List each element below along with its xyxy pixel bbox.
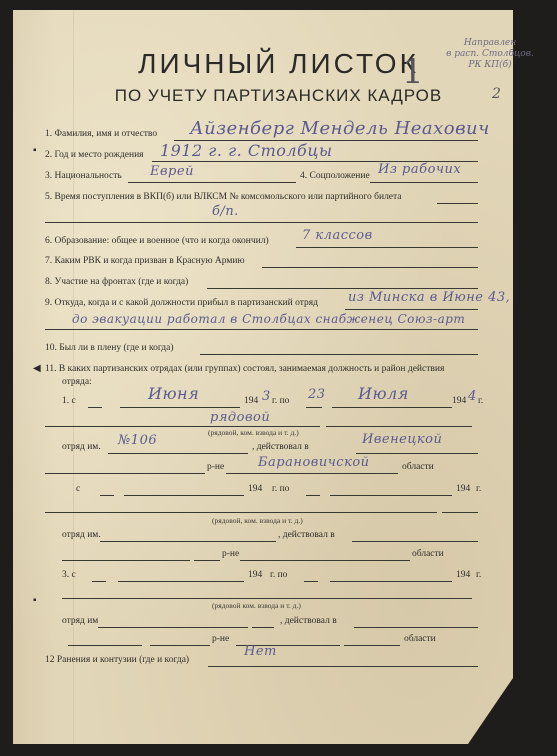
corner-mark: 2	[492, 86, 501, 102]
corner-note: Направлен в расп. Столбцов. РК КП(б)	[440, 38, 540, 71]
field-6-label: 6. Образование: общее и военное (что и к…	[45, 236, 269, 246]
field-10-label: 10. Был ли в плену (где и когда)	[45, 343, 174, 353]
service-1-year-to-digit[interactable]: 4	[468, 389, 477, 404]
field-11-label: 11. В каких партизанских отрядах (или гр…	[45, 364, 444, 374]
field-9-label: 9. Откуда, когда и с какой должности при…	[45, 298, 318, 308]
field-5-value[interactable]: б/п.	[212, 204, 239, 219]
field-3-value[interactable]: Еврей	[150, 164, 194, 179]
field-7-label: 7. Каким РВК и когда призван в Красную А…	[45, 256, 245, 266]
field-2-label: 2. Год и место рождения	[45, 150, 144, 160]
field-11-label-cont: отряда:	[62, 377, 92, 387]
field-2-value[interactable]: 1912 г. г. Столбцы	[160, 141, 333, 160]
margin-mark: ▪	[33, 595, 37, 606]
field-6-value[interactable]: 7 классов	[302, 228, 373, 243]
field-4-label: 4. Соцположение	[300, 171, 370, 181]
service-1-day-to[interactable]: 23	[308, 387, 326, 402]
field-9-value-line2[interactable]: до эвакуации работал в Столбцах снабжене…	[72, 312, 465, 326]
service-1-unit[interactable]: №106	[118, 433, 157, 448]
field-9-value-line1[interactable]: из Минска в Июне 43,	[348, 290, 510, 305]
field-4-value[interactable]: Из рабочих	[378, 162, 461, 177]
service-1-district[interactable]: Барановичской	[258, 455, 370, 470]
field-5-label: 5. Время поступления в ВКП(б) или ВЛКСМ …	[45, 192, 402, 202]
service-1-year-from-digit[interactable]: 3	[262, 389, 271, 404]
field-12-value[interactable]: Нет	[244, 644, 277, 659]
field-3-label: 3. Национальность	[45, 171, 122, 181]
field-8-label: 8. Участие на фронтах (где и когда)	[45, 277, 188, 287]
service-1-acted-in[interactable]: Ивенецкой	[362, 432, 442, 447]
margin-mark: ▪	[33, 145, 37, 156]
field-12-label: 12 Ранения и контузии (где и когда)	[45, 655, 189, 665]
margin-mark: ◀	[33, 363, 41, 374]
field-1-value[interactable]: Айзенберг Мендель Неахович	[190, 118, 490, 139]
document-subtitle: ПО УЧЕТУ ПАРТИЗАНСКИХ КАДРОВ	[0, 86, 557, 106]
service-1-position[interactable]: рядовой	[210, 410, 270, 425]
service-1-month-to[interactable]: Июля	[358, 384, 409, 403]
service-1-month-from[interactable]: Июня	[148, 384, 199, 403]
field-1-label: 1. Фамилия, имя и отчество	[45, 129, 157, 139]
sheet-number: 1	[402, 52, 424, 92]
